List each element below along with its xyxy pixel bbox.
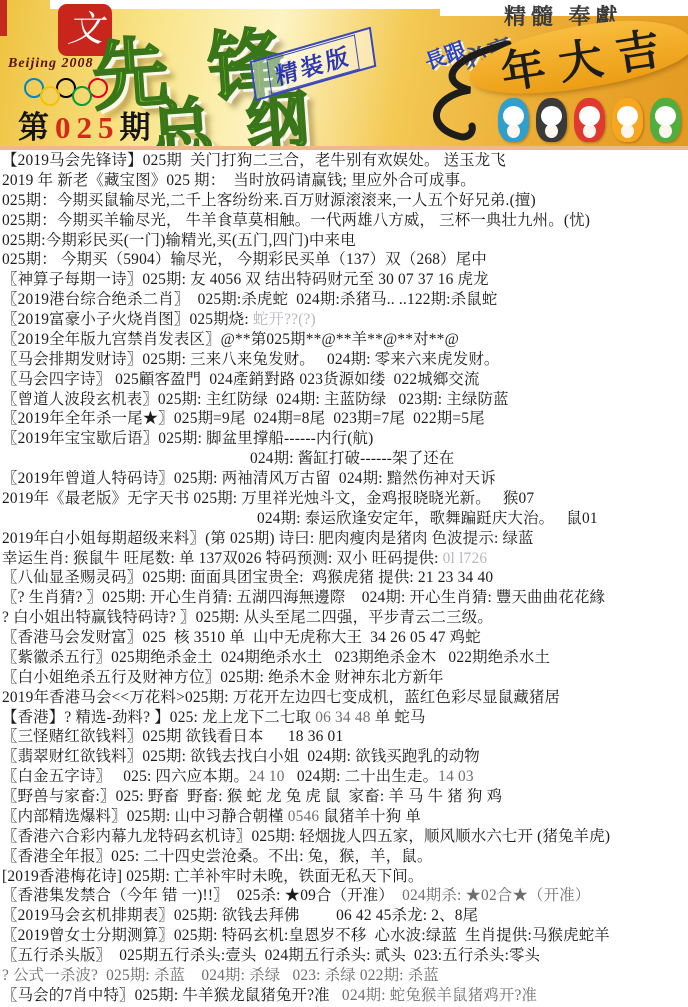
fuwa-mascots-icon bbox=[498, 98, 681, 142]
text-segment: ? 公式一杀波? 025期: 杀蓝 024期: 杀绿 023: 杀绿 022期:… bbox=[2, 967, 439, 984]
text-line: 2019年《最老版》无字天书 025期: 万里祥光烛斗文，金鸡报晓晓光新。 猴0… bbox=[2, 489, 688, 509]
text-segment: 〖三怪赌红欲钱料〗025期 欲钱看日本 18 36 01 bbox=[2, 728, 343, 745]
text-segment: 〖2019年全年杀一尾★〗025期=9尾 024期=8尾 023期=7尾 022… bbox=[2, 410, 485, 427]
text-line: 〖2019年曾道人特码诗〗025期: 两袖清风万古留 024期: 黯然伤神对天诉 bbox=[2, 469, 688, 489]
text-line: 〖香港全年报〗025: 二十四史尝沧桑。不出: 兔，猴，羊，鼠。 bbox=[2, 847, 688, 867]
text-line: 〖白小姐绝杀五行及财神方位〗025期: 绝杀木金 财神东北方新年 bbox=[2, 668, 688, 688]
text-segment: 〖香港马会发财富〗025 核 3510 单 山中无虎称大王 34 26 05 4… bbox=[2, 629, 481, 646]
text-line: 〖马会四字诗〗 025顧客盈門 024產銷對路 023货源如缕 022城鄉交流 bbox=[2, 370, 688, 390]
content-lines: 【2019马会先锋诗】025期 关门打狗二三合，老牛别有欢娱处。 送玉龙飞201… bbox=[2, 151, 688, 1006]
text-line: 〖2019马会玄机排期表〗025期: 欲钱去拜佛 06 42 45杀龙: 2、8… bbox=[2, 906, 688, 926]
text-line: 〖三怪赌红欲钱料〗025期 欲钱看日本 18 36 01 bbox=[2, 727, 688, 747]
text-line: 〖? 生肖猜? 〗025期: 开心生肖猜: 五湖四海無邊際 024期: 开心生肖… bbox=[2, 588, 688, 608]
text-line: 〖马会排期发财诗〗025期: 三来八来兔发财。 024期: 零来六来虎发财。 bbox=[2, 350, 688, 370]
text-line: 〖紫徽杀五行〗025期绝杀金土 024期绝杀水土 023期绝杀金木 022期绝杀… bbox=[2, 648, 688, 668]
text-line: ? 公式一杀波? 025期: 杀蓝 024期: 杀绿 023: 杀绿 022期:… bbox=[2, 966, 688, 986]
issue-label: 第025期 bbox=[18, 102, 157, 147]
text-segment: 06 34 48 bbox=[315, 709, 370, 726]
text-segment: 〖2019年宝宝歇后语〗025期: 脚盆里撑船------内行(航) bbox=[2, 430, 373, 447]
text-segment: 〖马会的7肖中特〗025期: 牛羊猴龙鼠猪兔开?准 bbox=[2, 987, 342, 1004]
text-line: 〖八仙显圣赐灵码〗025期: 面面具团宝贵全: 鸡猴虎猪 提供: 21 23 3… bbox=[2, 568, 688, 588]
text-line: 2019 年 新老《藏宝图》025 期： 当时放码请赢钱; 里应外合可成事。 bbox=[2, 171, 688, 191]
olympic-rings-icon bbox=[24, 78, 104, 98]
text-line: 025期： 今期买（5904）输尽光， 今期彩民买单（137）双（268）尾中 bbox=[2, 250, 688, 270]
text-segment: 【香港】? 精选-劲料? 】025: 龙上龙下二七取 bbox=[2, 709, 315, 726]
text-segment: 0546 bbox=[288, 808, 320, 825]
text-line: 〖香港马会发财富〗025 核 3510 单 山中无虎称大王 34 26 05 4… bbox=[2, 628, 688, 648]
fuwa-mascot-icon bbox=[498, 98, 529, 142]
text-segment: 〖马会四字诗〗 025顧客盈門 024產銷對路 023货源如缕 022城鄉交流 bbox=[2, 371, 480, 388]
text-segment: 024期杀: ★02合★（开准） bbox=[402, 887, 590, 904]
text-line: 024期: 酱缸打破------架了还在 bbox=[2, 449, 688, 469]
text-segment: 025期:今期彩民买(一门)输精光,买(五门,四门)中来电 bbox=[2, 232, 356, 249]
text-line: 【2019马会先锋诗】025期 关门打狗二三合，老牛别有欢娱处。 送玉龙飞 bbox=[2, 151, 688, 171]
text-segment: 〖白小姐绝杀五行及财神方位〗025期: 绝杀木金 财神东北方新年 bbox=[2, 669, 444, 686]
page-header: 文 Beijing 2008 先锋 总纲 精装版 精髓 奉獻 必赢 長跟 年大吉… bbox=[0, 0, 688, 150]
text-line: 2019年白小姐每期超级来料〗(第 025期) 诗曰: 肥肉瘦肉是猪肉 色波提示… bbox=[2, 529, 688, 549]
text-segment: 024期: 酱缸打破------架了还在 bbox=[250, 450, 454, 467]
text-line: 〖曾道人波段玄机表〗025期: 主红防绿 024期: 主蓝防绿 023期: 主绿… bbox=[2, 390, 688, 410]
text-segment: 〖马会排期发财诗〗025期: 三来八来兔发财。 024期: 零来六来虎发财。 bbox=[2, 351, 500, 368]
text-segment: 〖曾道人波段玄机表〗025期: 主红防绿 024期: 主蓝防绿 023期: 主绿… bbox=[2, 391, 509, 408]
issue-prefix: 第 bbox=[18, 110, 55, 145]
text-segment: 〖神算子每期一诗〗025期: 友 4056 双 结出特码财元至 30 07 37… bbox=[2, 271, 489, 288]
text-segment: 〖香港全年报〗025: 二十四史尝沧桑。不出: 兔，猴，羊，鼠。 bbox=[2, 848, 433, 865]
text-line: 〖香港六合彩内幕九龙特码玄机诗〗025期: 轻烟拢人四五家，顺风顺水六七开 (猪… bbox=[2, 827, 688, 847]
text-segment: ? 白小姐出特赢钱特码诗? 〗025期: 从头至尾二四强，平步青云二三级。 bbox=[2, 609, 493, 626]
text-segment: 〖紫徽杀五行〗025期绝杀金土 024期绝杀水土 023期绝杀金木 022期绝杀… bbox=[2, 649, 550, 666]
text-line: 2019年香港马会<<万花料>025期: 万花开左边四七变成机，蓝红色彩尽显鼠藏… bbox=[2, 688, 688, 708]
fuwa-mascot-icon bbox=[650, 98, 681, 142]
text-segment: 14 03 bbox=[438, 768, 474, 785]
text-segment: 〖2019全年版九宫禁肖发表区〗@**第025期**@**羊**@**对**@ bbox=[2, 331, 459, 348]
text-segment: 〖八仙显圣赐灵码〗025期: 面面具团宝贵全: 鸡猴虎猪 提供: 21 23 3… bbox=[2, 569, 493, 586]
text-segment: 〖翡翠财红欲钱料〗025期: 欲钱去找白小姐 024期: 欲钱买跑乳的动物 bbox=[2, 748, 480, 765]
text-line: ? 白小姐出特赢钱特码诗? 〗025期: 从头至尾二四强，平步青云二三级。 bbox=[2, 608, 688, 628]
text-segment: 〖2019年曾道人特码诗〗025期: 两袖清风万古留 024期: 黯然伤神对天诉 bbox=[2, 470, 496, 487]
text-line: [2019香港梅花诗] 025期: 亡羊补牢时未晚，铁面无私天下间。 bbox=[2, 867, 688, 887]
text-segment: 〖香港集发禁合（今年 错 一)!!〗 025杀: ★09合（开准） bbox=[2, 887, 402, 904]
header-bottom-rule bbox=[0, 146, 688, 150]
text-segment: 〖? 生肖猜? 〗025期: 开心生肖猜: 五湖四海無邊際 024期: 开心生肖… bbox=[2, 589, 605, 606]
text-line: 025期:今期彩民买(一门)输精光,买(五门,四门)中来电 bbox=[2, 231, 688, 251]
text-line: 〖2019年全年杀一尾★〗025期=9尾 024期=8尾 023期=7尾 022… bbox=[2, 409, 688, 429]
fuwa-mascot-icon bbox=[536, 98, 567, 142]
text-segment: 024期: 二十出生走。 bbox=[285, 768, 439, 785]
text-segment: 鼠猪羊十狗 单 bbox=[319, 808, 421, 825]
text-line: 024期: 泰运欣逢安定年，歌舞蹁跹庆大治。 鼠01 bbox=[2, 509, 688, 529]
text-line: 〖2019港台综合绝杀二肖〗 025期:杀虎蛇 024期:杀猪马.. ..122… bbox=[2, 290, 688, 310]
text-segment: 24 10 bbox=[249, 768, 285, 785]
text-segment: 〖2019曾女士分期测算〗025期: 特码玄机:皇恩岁不移 心水波:绿蓝 生肖提… bbox=[2, 927, 610, 944]
text-line: 〖2019富豪小子火烧肖图〗025期烧: 蛇开??(?) bbox=[2, 310, 688, 330]
header-red-edge bbox=[0, 0, 7, 36]
issue-number: 025 bbox=[55, 110, 120, 145]
text-segment: 蛇开??(?) bbox=[253, 311, 316, 328]
text-line: 〖内部精选爆料〗025期: 山中习静合朝槿 0546 鼠猪羊十狗 单 bbox=[2, 807, 688, 827]
fuwa-mascot-icon bbox=[612, 98, 643, 142]
text-line: 〖2019年宝宝歇后语〗025期: 脚盆里撑船------内行(航) bbox=[2, 429, 688, 449]
text-segment: 〖2019富豪小子火烧肖图〗025期烧: bbox=[2, 311, 253, 328]
text-segment: 〖内部精选爆料〗025期: 山中习静合朝槿 bbox=[2, 808, 288, 825]
issue-suffix: 期 bbox=[120, 110, 157, 145]
text-line: 〖野兽与家畜:〗025: 野畜 野畜: 猴 蛇 龙 兔 虎 鼠 家畜: 羊 马 … bbox=[2, 787, 688, 807]
text-segment: 〖2019马会玄机排期表〗025期: 欲钱去拜佛 06 42 45杀龙: 2、8… bbox=[2, 907, 478, 924]
text-line: 〖五行杀头版〗 025期五行杀头:壹头 024期五行杀头: 贰头 023:五行杀… bbox=[2, 946, 688, 966]
fuwa-mascot-icon bbox=[574, 98, 605, 142]
text-line: 025期：今期买羊输尽光， 牛羊食草莫相触。一代两雄八方威， 三杯一典壮九州。(… bbox=[2, 211, 688, 231]
text-segment: 〖白金五字诗〗 025: 四六应本期。 bbox=[2, 768, 249, 785]
text-line: 025期：今期买鼠输尽光,二千上客纷纷来.百万财源滚滚来,一人五个好兄弟.(擅) bbox=[2, 191, 688, 211]
text-line: 〖马会的7肖中特〗025期: 牛羊猴龙鼠猪兔开?准 024期: 蛇兔猴羊鼠猪鸡开… bbox=[2, 986, 688, 1006]
text-segment: 2019年白小姐每期超级来料〗(第 025期) 诗曰: 肥肉瘦肉是猪肉 色波提示… bbox=[2, 530, 534, 547]
text-segment: 024期: 泰运欣逢安定年，歌舞蹁跹庆大治。 鼠01 bbox=[257, 510, 598, 527]
text-line: 〖2019全年版九宫禁肖发表区〗@**第025期**@**羊**@**对**@ bbox=[2, 330, 688, 350]
text-segment: 〖野兽与家畜:〗025: 野畜 野畜: 猴 蛇 龙 兔 虎 鼠 家畜: 羊 马 … bbox=[2, 788, 502, 805]
text-segment: 0l l726 bbox=[443, 550, 488, 567]
text-segment: 2019 年 新老《藏宝图》025 期： 当时放码请赢钱; 里应外合可成事。 bbox=[2, 172, 476, 189]
text-segment: 2019年《最老版》无字天书 025期: 万里祥光烛斗文，金鸡报晓晓光新。 猴0… bbox=[2, 490, 534, 507]
text-segment: 025期：今期买鼠输尽光,二千上客纷纷来.百万财源滚滚来,一人五个好兄弟.(擅) bbox=[2, 192, 536, 209]
text-segment: 〖五行杀头版〗 025期五行杀头:壹头 024期五行杀头: 贰头 023:五行杀… bbox=[2, 947, 540, 964]
text-segment: 2019年香港马会<<万花料>025期: 万花开左边四七变成机，蓝红色彩尽显鼠藏… bbox=[2, 689, 560, 706]
text-segment: 025期：今期买羊输尽光， 牛羊食草莫相触。一代两雄八方威， 三杯一典壮九州。(… bbox=[2, 212, 590, 229]
text-line: 〖翡翠财红欲钱料〗025期: 欲钱去找白小姐 024期: 欲钱买跑乳的动物 bbox=[2, 747, 688, 767]
text-line: 〖白金五字诗〗 025: 四六应本期。24 10 024期: 二十出生走。14 … bbox=[2, 767, 688, 787]
text-segment: 024期: 蛇兔猴羊鼠猪鸡开?准 bbox=[342, 987, 537, 1004]
text-segment: 025期： 今期买（5904）输尽光， 今期彩民买单（137）双（268）尾中 bbox=[2, 251, 487, 268]
text-segment: 〖2019港台综合绝杀二肖〗 025期:杀虎蛇 024期:杀猪马.. ..122… bbox=[2, 291, 498, 308]
text-segment: 【2019马会先锋诗】025期 关门打狗二三合，老牛别有欢娱处。 送玉龙飞 bbox=[2, 152, 506, 169]
text-segment: 〖香港六合彩内幕九龙特码玄机诗〗025期: 轻烟拢人四五家，顺风顺水六七开 (猪… bbox=[2, 828, 610, 845]
text-line: 〖2019曾女士分期测算〗025期: 特码玄机:皇恩岁不移 心水波:绿蓝 生肖提… bbox=[2, 926, 688, 946]
text-segment: 幸运生肖: 猴鼠牛 旺尾数: 单 137双026 特码预测: 双小 旺码提供: bbox=[2, 550, 443, 567]
text-line: 〖神算子每期一诗〗025期: 友 4056 双 结出特码财元至 30 07 37… bbox=[2, 270, 688, 290]
text-line: 【香港】? 精选-劲料? 】025: 龙上龙下二七取 06 34 48 单 蛇马 bbox=[2, 708, 688, 728]
text-line: 幸运生肖: 猴鼠牛 旺尾数: 单 137双026 特码预测: 双小 旺码提供: … bbox=[2, 549, 688, 569]
text-segment: [2019香港梅花诗] 025期: 亡羊补牢时未晚，铁面无私天下间。 bbox=[2, 868, 423, 885]
text-segment: 单 蛇马 bbox=[371, 709, 426, 726]
text-line: 〖香港集发禁合（今年 错 一)!!〗 025杀: ★09合（开准） 024期杀:… bbox=[2, 886, 688, 906]
